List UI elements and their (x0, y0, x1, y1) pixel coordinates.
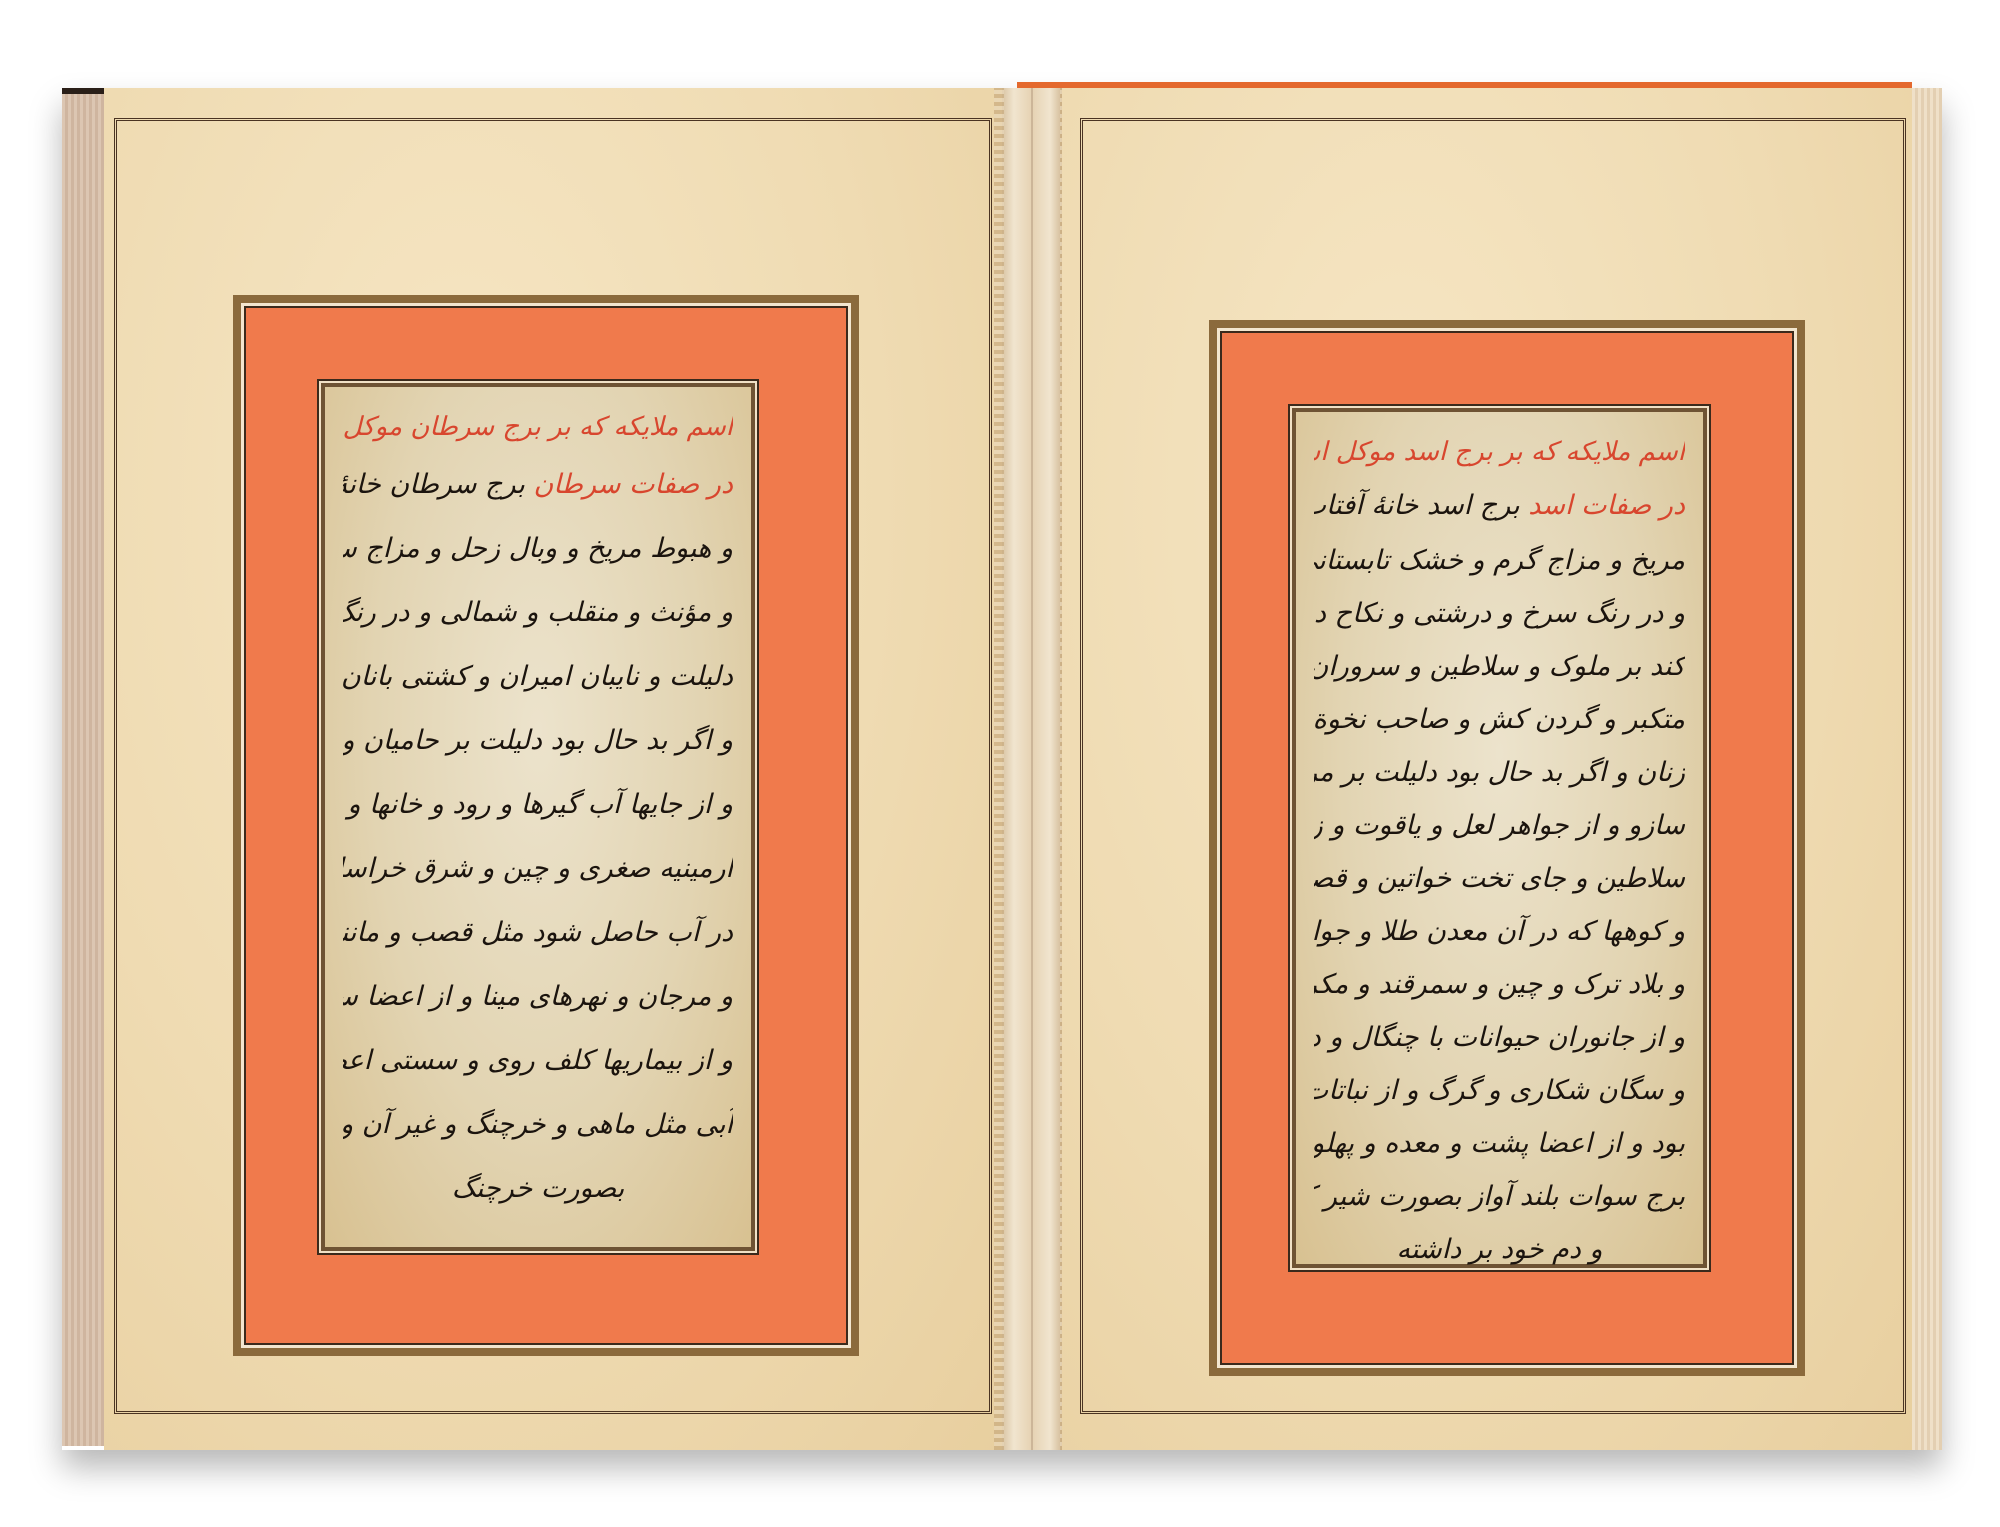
text-line: و هبوط مریخ و وبال زحل و مزاج سرد و بطبع… (343, 517, 733, 581)
text-line: دلیلت و نایبان امیران و کشتی بانان و ملا… (343, 645, 733, 709)
text-line: و از بیماریها کلف روی و سستی اعضا و برص … (343, 1029, 733, 1093)
text-line: آبی مثل ماهی و خرچنگ و غیر آن و در جبیت … (343, 1093, 733, 1157)
text-line: و اگر بد حال بود دلیلت بر حامیان و عمله … (343, 709, 733, 773)
text-line: برج سوات بلند آواز بصورت شیر که بر خود ب… (1314, 1170, 1685, 1223)
text-line: کند بر ملوک و سلاطین و سروران و نزدیکان … (1314, 640, 1685, 693)
text-line: ارمینیه صغری و چین و شرق خراسان و مرو و … (343, 837, 733, 901)
left-heading: اسم ملایکه که بر برج سرطان موکل است کهقا… (343, 401, 733, 453)
text-line: و مرجان و نهرهای مینا و از اعضا سینه و پ… (343, 965, 733, 1029)
text-line: و بلاد ترک و چین و سمرقند و مکران و طوس … (1314, 958, 1685, 1011)
text-line: در صفات اسد برج اسد خانهٔ آفتاب است و وب… (1314, 478, 1685, 534)
text-line: سلاطین و جای تخت خواتین و قصرهای عالی و … (1314, 852, 1685, 905)
left-orange-frame: اسم ملایکه که بر برج سرطان موکل است کهقا… (233, 295, 859, 1356)
right-page: اسم ملایکه که بر برج اسد موکل است شراطیل… (1062, 88, 1912, 1450)
text-line: و سگان شکاری و گرگ و از نباتات خربزه و م… (1314, 1064, 1685, 1117)
text-line: مریخ و مزاج گرم و خشک تابستانی و مذکر و … (1314, 534, 1685, 587)
text-line: زنان و اگر بد حال بود دلیلت بر مردم آتش … (1314, 746, 1685, 799)
text-line: سازو و از جواهر لعل و یاقوت و زمرد و زر … (1314, 799, 1685, 852)
text-line: و از جایها آب گیرها و رود و خانها و حوض … (343, 773, 733, 837)
left-cover-edge (62, 94, 104, 1446)
right-text-panel: اسم ملایکه که بر برج اسد موکل است شراطیل… (1292, 408, 1707, 1268)
book-spine-gutter (1002, 88, 1062, 1450)
text-line-final: و دم خود بر داشته (1314, 1223, 1685, 1276)
left-text-panel: اسم ملایکه که بر برج سرطان موکل است کهقا… (321, 383, 755, 1251)
right-cover-edge (1912, 88, 1942, 1450)
open-manuscript: اسم ملایکه که بر برج سرطان موکل است کهقا… (62, 88, 1942, 1450)
text-line: در آب حاصل شود مثل قصب و مانند و از جواه… (343, 901, 733, 965)
text-line: بود و از اعضا پشت و معده و پهلو و از علت… (1314, 1117, 1685, 1170)
text-line: و از جانوران حیوانات با چنگال و درنده مث… (1314, 1011, 1685, 1064)
text-line-final: بصورت خرچنگ (343, 1157, 733, 1221)
text-line: و مؤنث و منقلب و شمالی و در رنگ ابیض و ب… (343, 581, 733, 645)
text-line: در صفات سرطان برج سرطان خانهٔ قمر است و … (343, 453, 733, 517)
text-line: و در رنگ سرخ و درشتی و نکاح دوست و کم فر… (1314, 587, 1685, 640)
right-orange-frame: اسم ملایکه که بر برج اسد موکل است شراطیل… (1209, 320, 1805, 1376)
text-line: و کوهها که در آن معدن طلا و جواهر باشد و… (1314, 905, 1685, 958)
left-page: اسم ملایکه که بر برج سرطان موکل است کهقا… (104, 88, 1002, 1450)
right-heading: اسم ملایکه که بر برج اسد موکل است شراطیل… (1314, 426, 1685, 478)
text-line: متکبر و گردن کش و صاحب نخوة و جبار و صرا… (1314, 693, 1685, 746)
